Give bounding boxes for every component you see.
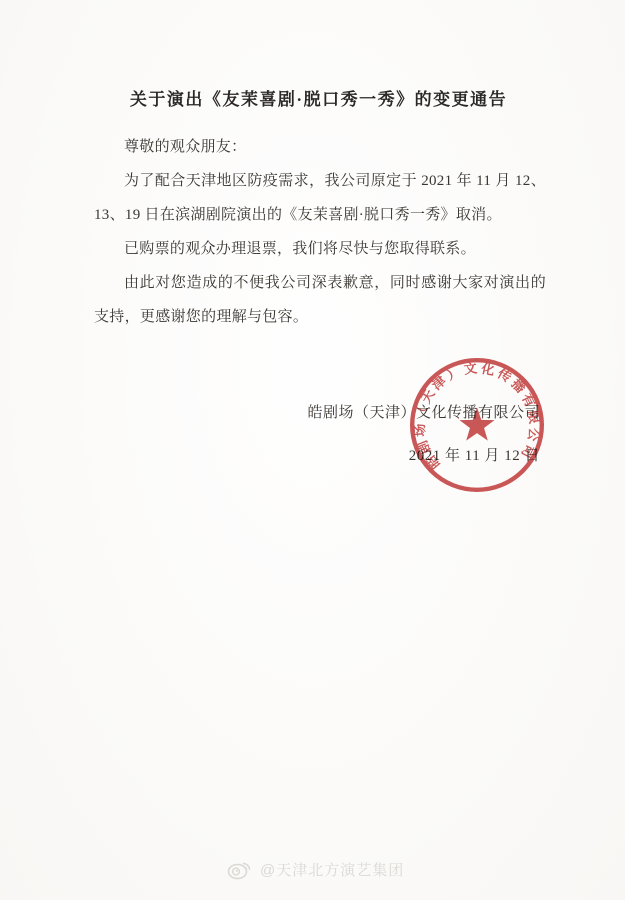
- notice-body: 尊敬的观众朋友： 为了配合天津地区防疫需求，我公司原定于 2021 年 11 月…: [94, 130, 546, 334]
- salutation: 尊敬的观众朋友：: [94, 130, 546, 164]
- paragraph: 已购票的观众办理退票，我们将尽快与您取得联系。: [94, 232, 546, 266]
- weibo-icon: [226, 856, 252, 882]
- signature-company: 皓剧场（天津）文化传播有限公司: [0, 392, 540, 435]
- notice-title: 关于演出《友茉喜剧·脱口秀一秀》的变更通告: [0, 85, 625, 110]
- notice-document-page: 关于演出《友茉喜剧·脱口秀一秀》的变更通告 尊敬的观众朋友： 为了配合天津地区防…: [0, 0, 625, 900]
- watermark-text: @天津北方演艺集团: [260, 859, 404, 880]
- watermark: @天津北方演艺集团: [226, 856, 404, 882]
- paragraph: 由此对您造成的不便我公司深表歉意，同时感谢大家对演出的支持，更感谢您的理解与包容…: [94, 266, 546, 334]
- paragraph: 为了配合天津地区防疫需求，我公司原定于 2021 年 11 月 12、13、19…: [94, 164, 546, 232]
- signature-date: 2021 年 11 月 12 日: [0, 435, 540, 478]
- signature-block: 皓剧场（天津）文化传播有限公司 2021 年 11 月 12 日: [0, 392, 540, 478]
